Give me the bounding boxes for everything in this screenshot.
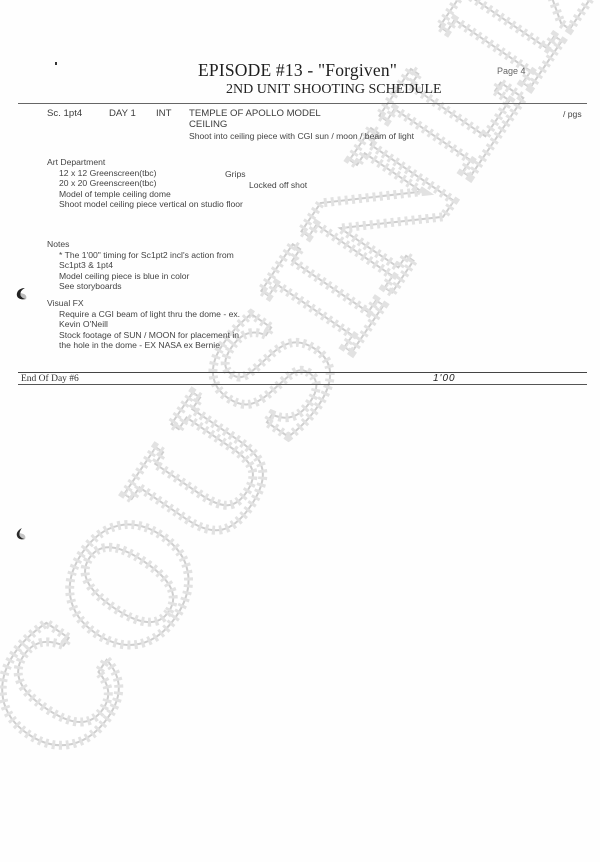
end-of-day-bottom-rule (18, 384, 587, 385)
art-item: Model of temple ceiling dome (59, 189, 247, 200)
visual-fx-section: Visual FX Require a CGI beam of light th… (47, 298, 247, 351)
page-number: Page 4 (497, 66, 526, 76)
scene-description: Shoot into ceiling piece with CGI sun / … (189, 131, 414, 141)
header-divider (18, 103, 587, 104)
art-item: 20 x 20 Greenscreen(tbc) (59, 178, 247, 189)
schedule-page: COUSINLIZ COUSINLIZ EPISODE #13 - "Forgi… (0, 0, 600, 862)
end-of-day-total: 1'00 (433, 373, 456, 384)
art-item: 12 x 12 Greenscreen(tbc) (59, 168, 247, 179)
document-title: EPISODE #13 - "Forgiven" (198, 60, 397, 81)
end-of-day-label: End Of Day #6 (21, 374, 79, 384)
grips-heading: Grips (225, 169, 345, 180)
visual-fx-heading: Visual FX (47, 298, 247, 309)
notes-section: Notes * The 1'00" timing for Sc1pt2 incl… (47, 239, 247, 292)
grips-section: Grips Locked off shot (225, 169, 345, 190)
notes-item: Model ceiling piece is blue in color (59, 271, 247, 282)
vfx-item: Require a CGI beam of light thru the dom… (59, 309, 247, 330)
art-item: Shoot model ceiling piece vertical on st… (59, 199, 247, 210)
notes-heading: Notes (47, 239, 247, 250)
scene-set: TEMPLE OF APOLLO MODEL CEILING (189, 108, 349, 130)
scene-int-ext: INT (156, 108, 171, 119)
hole-punch-mark-icon (16, 287, 28, 301)
document-subtitle: 2ND UNIT SHOOTING SCHEDULE (226, 82, 442, 98)
scan-speck (55, 62, 57, 65)
grips-item: Locked off shot (249, 180, 345, 191)
scene-pages: / pgs (563, 109, 582, 119)
hole-punch-mark-icon (15, 527, 27, 541)
art-department-section: Art Department 12 x 12 Greenscreen(tbc) … (47, 157, 247, 210)
vfx-item: Stock footage of SUN / MOON for placemen… (59, 330, 247, 351)
scene-number: Sc. 1pt4 (47, 108, 82, 119)
art-department-heading: Art Department (47, 157, 247, 168)
notes-item: See storyboards (59, 281, 247, 292)
scene-day: DAY 1 (109, 108, 136, 119)
notes-item: * The 1'00" timing for Sc1pt2 incl's act… (59, 250, 247, 271)
end-of-day-top-rule (18, 372, 587, 373)
